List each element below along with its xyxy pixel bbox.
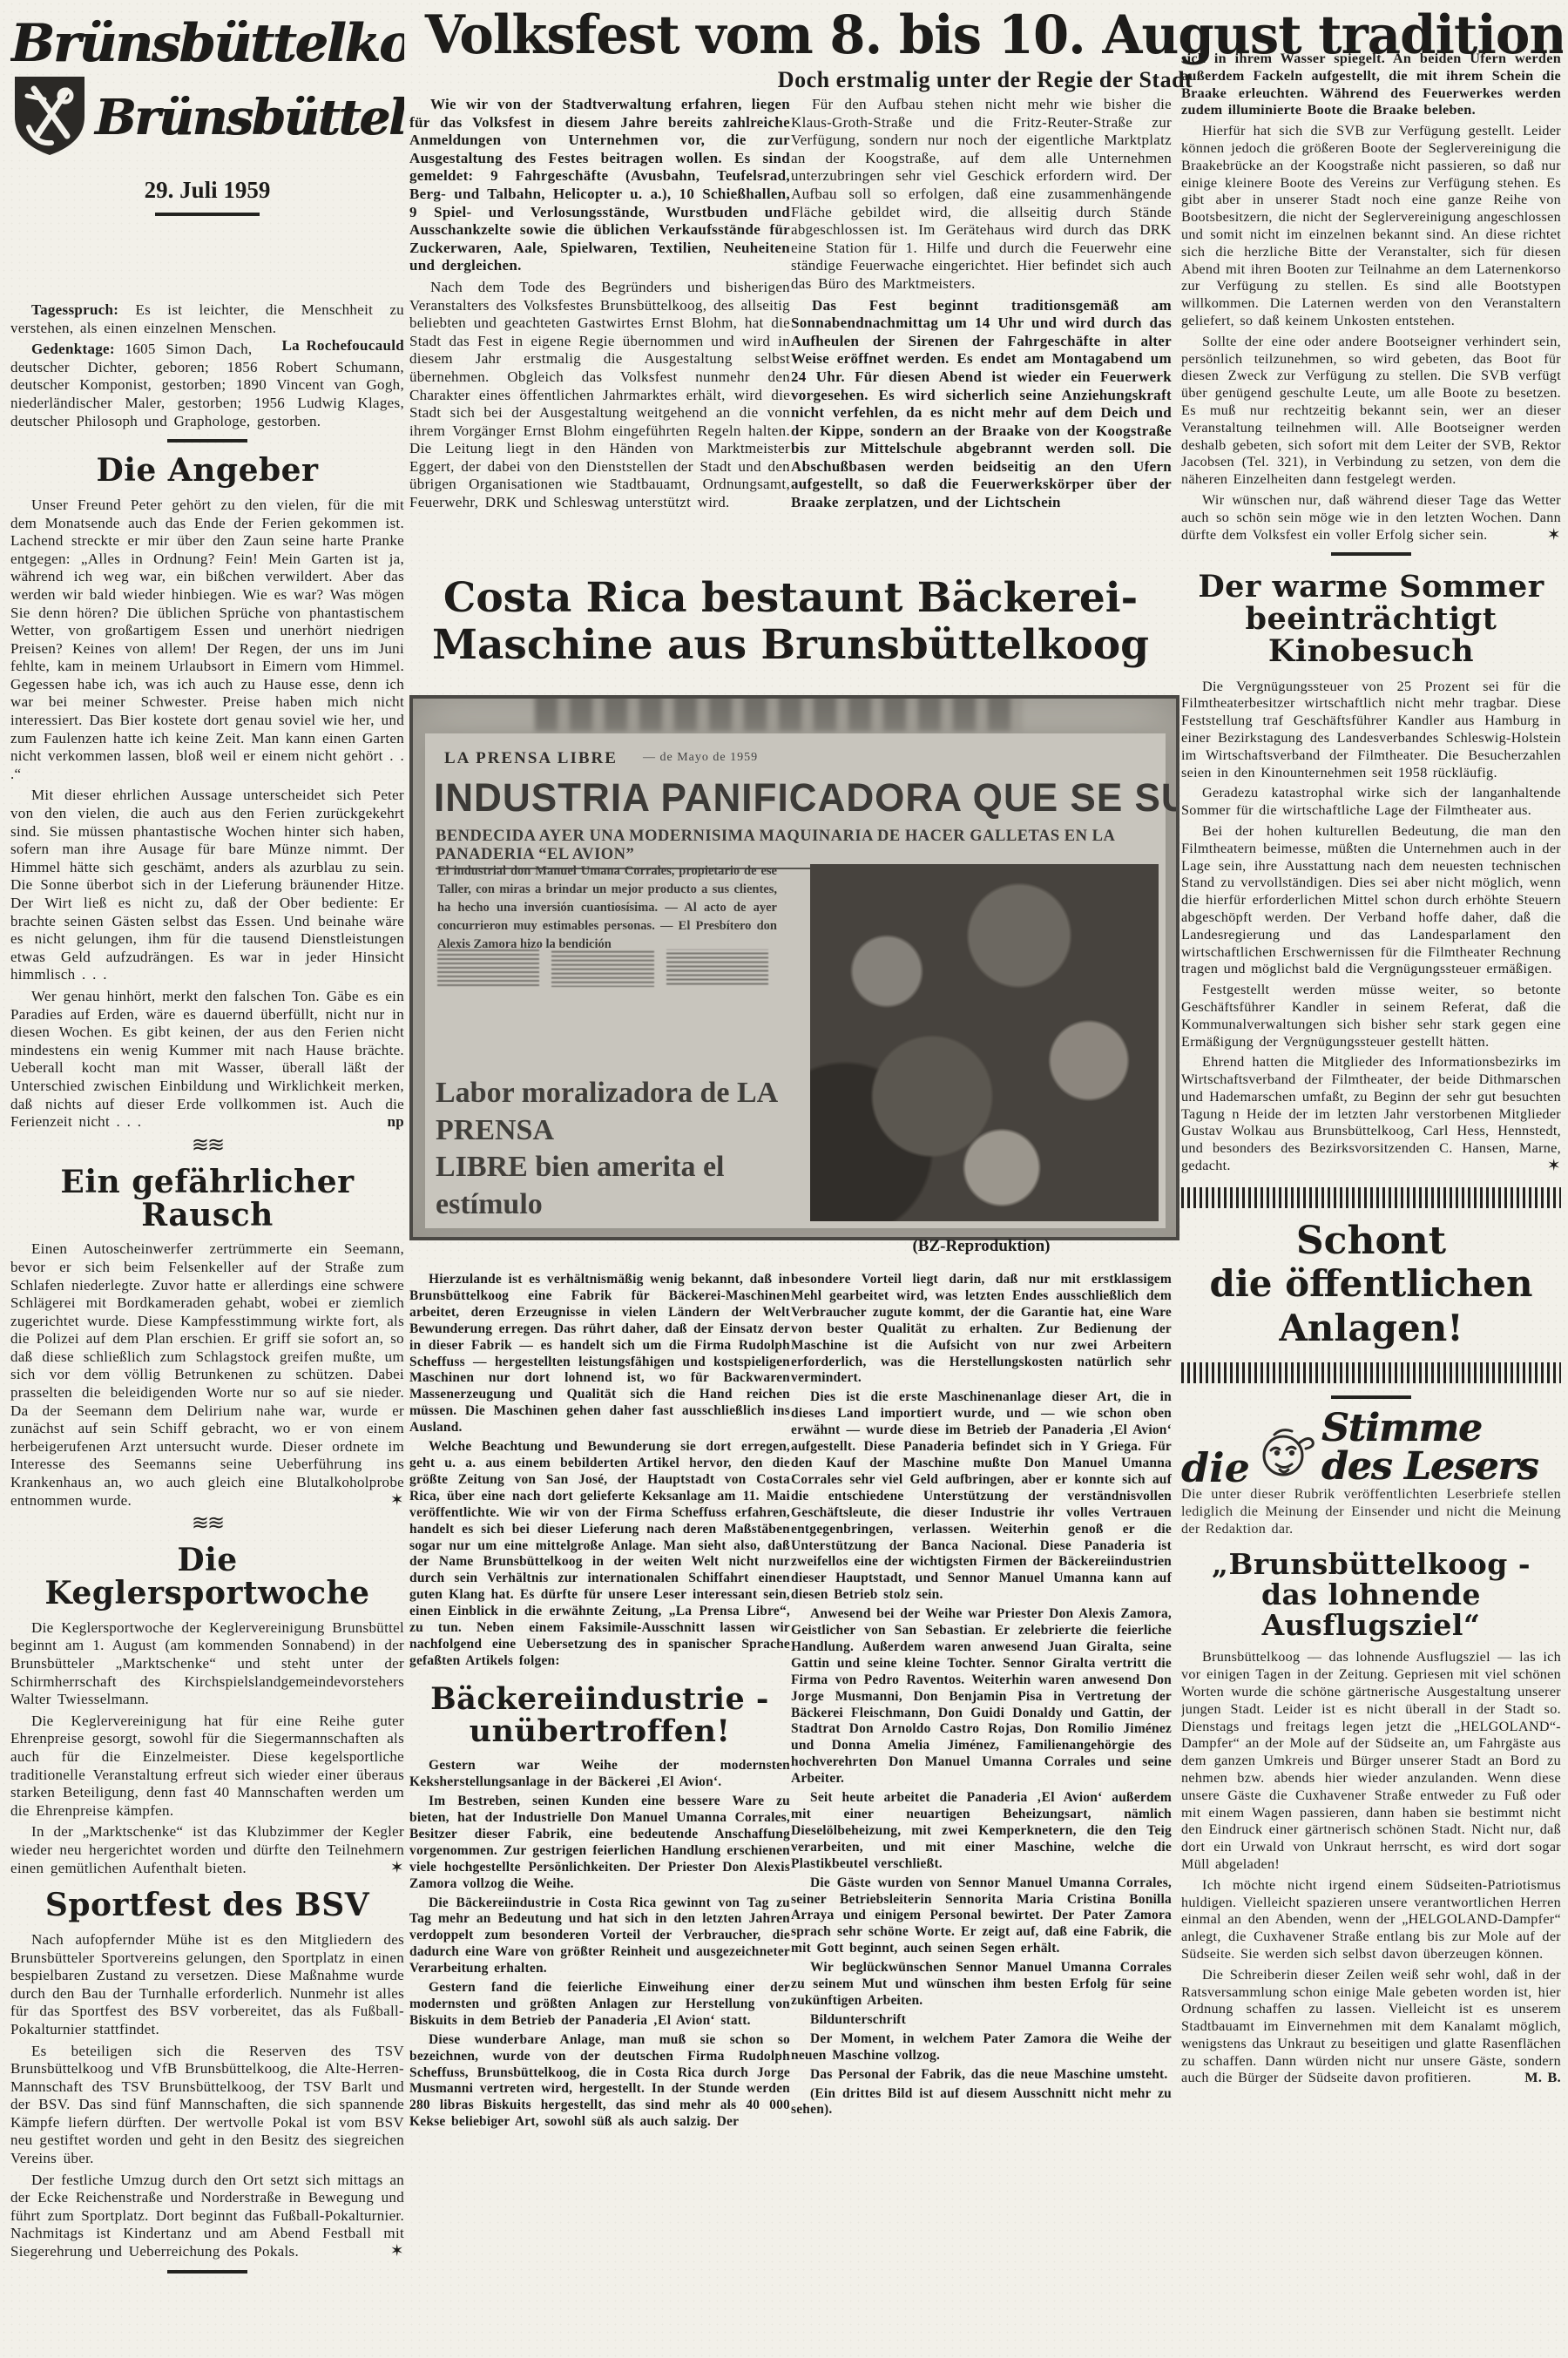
paragraph: Unser Freund Peter gehört zu den vielen,… [10,497,404,784]
paragraph: Wie wir von der Stadtverwaltung erfahren… [409,96,790,275]
volksfest-column-2: Für den Aufbau stehen nicht mehr wie bis… [791,96,1172,599]
paragraph: Wir beglückwünschen Sennor Manuel Umanna… [791,1960,1172,2010]
paragraph: Nach aufopfernder Mühe ist es den Mitgli… [10,1931,404,2039]
coat-of-arms-icon [10,71,90,163]
paragraph: Brunsbüttelkoog — das lohnende Ausflugsz… [1181,1649,1561,1873]
end-star-icon: ✶ [1517,1158,1561,1175]
paragraph: Der festliche Umzug durch den Ort setzt … [10,2172,404,2261]
paragraph: Hierfür hat sich die SVB zur Verfügung g… [1181,123,1561,330]
paragraph: Diese wunderbare Anlage, man muß sie sch… [409,2032,790,2131]
clipping-lede: El industrial don Manuel Umana Corrales,… [437,862,777,954]
right-column: sich in ihrem Wasser spiegelt. An beiden… [1181,51,1561,2358]
masthead-title-line1: Brünsbüttelkoog [10,17,404,70]
section-rule [1331,1395,1411,1399]
paragraph: Festgestellt werden müsse weiter, so bet… [1181,982,1561,1051]
paragraph: Die Keglervereinigung hat für eine Reihe… [10,1713,404,1821]
baeckerei-title: Bäckereiindustrie - unübertroffen! [409,1684,790,1748]
paragraph: Sollte der eine oder andere Bootseigner … [1181,334,1561,489]
paragraph: sich in ihrem Wasser spiegelt. An beiden… [1181,51,1561,119]
letter-author-initials: M. B. [1495,2070,1561,2087]
issue-date: 29. Juli 1959 [10,177,404,204]
schont-banner-line1: Schont [1181,1220,1561,1262]
stimme-rubric-note: Die unter dieser Rubrik veröffentlichten… [1181,1486,1561,1537]
paragraph: Das Fest beginnt traditionsgemäß am Sonn… [791,297,1172,512]
article-title-die-angeber: Die Angeber [10,455,404,488]
paragraph: Gestern fand die feierliche Einweihung e… [409,1980,790,2030]
paragraph: Ehrend hatten die Mitglieder des Informa… [1181,1054,1561,1175]
tagesspruch-author: La Rochefoucauld [252,337,404,355]
costa-rica-headline-line1: Costa Rica bestaunt Bäckerei- [409,575,1172,622]
masthead-title-line2: Brünsbüttel [95,93,404,142]
paragraph: Bei der hohen kulturellen Bedeutung, die… [1181,823,1561,978]
paragraph: besondere Vorteil liegt darin, daß nur m… [791,1272,1172,1387]
paragraph: Die Gäste wurden von Sennor Manuel Umann… [791,1875,1172,1958]
caption-line: Das Personal der Fabrik, das die neue Ma… [791,2067,1172,2084]
paragraph: Mit dieser ehrlichen Aussage unterscheid… [10,787,404,984]
costa-article-column-b: besondere Vorteil liegt darin, daß nur m… [791,1272,1172,2358]
section-rule [167,439,247,443]
tagesspruch: Tagesspruch: Es ist leichter, die Mensch… [10,301,404,337]
reader-face-icon [1254,1424,1318,1486]
stimme-logo-text: Stimme des Lesers [1321,1409,1561,1486]
tagesspruch-label: Tagesspruch: [31,301,118,318]
paragraph: Es beteiligen sich die Reserven des TSV … [10,2043,404,2168]
clipping-headline: INDUSTRIA PANIFICADORA QUE SE SUPERA [434,775,1134,821]
paragraph: Geradezu katastrophal wirke sich der lan… [1181,785,1561,820]
wave-separator-icon: ≋≋ [10,1137,404,1154]
clipping-caption: (BZ-Reproduktion) [791,1237,1172,1267]
section-rule [1331,552,1411,556]
paragraph: In der „Marktschenke“ ist das Klubzimmer… [10,1823,404,1877]
bildunterschrift-label: Bildunterschrift [791,2012,1172,2029]
costa-article-column-a: Hierzulande ist es verhältnismäßig wenig… [409,1272,790,2358]
article-title-sportfest: Sportfest des BSV [10,1889,404,1922]
paragraph: Die Vergnügungssteuer von 25 Prozent sei… [1181,679,1561,782]
stimme-logo-die: die [1181,1450,1250,1486]
clipping-illegible-columns [437,949,768,1063]
clipping-masthead: LA PRENSA LIBRE [444,749,618,768]
clipping-quote: Labor moralizadora de LA PRENSA LIBRE bi… [436,1075,784,1223]
paragraph: Nach dem Tode des Begründers und bisheri… [409,279,790,512]
article-title-rausch: Ein gefährlicher Rausch [10,1166,404,1233]
paragraph: Seit heute arbeitet die Panaderia ‚El Av… [791,1790,1172,1873]
paragraph: Die Bäckereiindustrie in Costa Rica gewi… [409,1895,790,1978]
stimme-des-lesers-logo: die Stimme des Lesers [1181,1409,1561,1486]
paragraph: Gestern war Weihe der modernsten Keksher… [409,1758,790,1791]
letter-title: „Brunsbüttelkoog - das lohnende Ausflugs… [1181,1550,1561,1640]
hatched-rule [1181,1362,1561,1383]
left-column: Tagesspruch: Es ist leichter, die Mensch… [10,301,404,2353]
paragraph: Im Bestreben, seinen Kunden eine bessere… [409,1794,790,1892]
paragraph: Wer genau hinhört, merkt den falschen To… [10,988,404,1132]
section-rule [167,2270,247,2274]
article-title-sommer: Der warme Sommer beeinträchtigt Kinobesu… [1181,571,1561,667]
clipping-paper: LA PRENSA LIBRE — de Mayo de 1959 INDUST… [425,733,1166,1228]
prensa-libre-clipping: LA PRENSA LIBRE — de Mayo de 1959 INDUST… [409,695,1179,1240]
wave-separator-icon: ≋≋ [10,1515,404,1532]
costa-rica-headline-line2: Maschine aus Brunsbüttelkoog [409,622,1172,669]
paragraph: Einen Autoscheinwerfer zertrümmerte ein … [10,1240,404,1510]
paragraph: Wir wünschen nur, daß während dieser Tag… [1181,492,1561,544]
end-star-icon: ✶ [361,1860,404,1878]
paragraph: Ich möchte nicht irgend einem Südseiten-… [1181,1877,1561,1963]
paragraph: Die Keglersportwoche der Keglervereinigu… [10,1619,404,1709]
caption-line: Der Moment, in welchem Pater Zamora die … [791,2031,1172,2064]
clipping-dateline: — de Mayo de 1959 [643,751,758,765]
gedenktage-label: Gedenktage: [31,341,115,357]
schont-banner-line2: die öffentlichen Anlagen! [1181,1262,1561,1350]
paragraph: Hierzulande ist es verhältnismäßig wenig… [409,1272,790,1436]
author-initials: np [357,1113,404,1132]
paragraph: Anwesend bei der Weihe war Priester Don … [791,1606,1172,1787]
costa-rica-headline-block: Costa Rica bestaunt Bäckerei- Maschine a… [409,575,1172,693]
volksfest-column-1: Wie wir von der Stadtverwaltung erfahren… [409,96,790,599]
end-star-icon: ✶ [361,2243,404,2261]
newspaper-page: Brünsbüttelkoog Brünsbüttel 29. Juli [0,0,1568,2358]
date-rule [155,213,260,216]
masthead: Brünsbüttelkoog Brünsbüttel 29. Juli [10,12,404,294]
hatched-rule [1181,1187,1561,1208]
bleed-through-smudge [535,695,1023,732]
end-star-icon: ✶ [1517,527,1561,544]
paragraph: Welche Beachtung und Bewunderung sie dor… [409,1439,790,1670]
clipping-photo [810,864,1159,1221]
paragraph: Dies ist die erste Maschinenanlage diese… [791,1389,1172,1604]
paragraph: Für den Aufbau stehen nicht mehr wie bis… [791,96,1172,294]
paragraph: Die Schreiberin dieser Zeilen weiß sehr … [1181,1967,1561,2088]
end-star-icon: ✶ [361,1492,404,1510]
caption-line: (Ein drittes Bild ist auf diesem Ausschn… [791,2086,1172,2119]
article-title-kegler: Die Keglersportwoche [10,1544,404,1611]
